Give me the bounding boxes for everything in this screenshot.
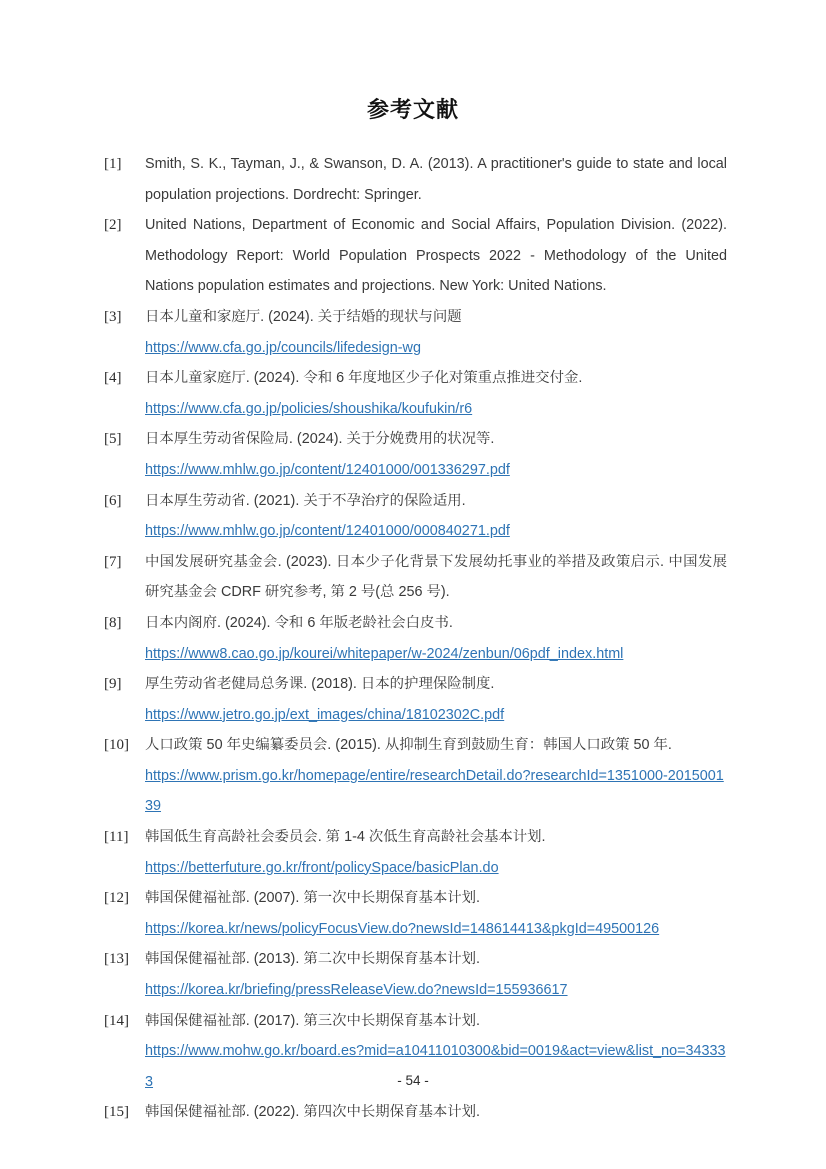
reference-text: 韩国保健福祉部. (2013). 第二次中长期保育基本计划. xyxy=(145,944,727,975)
reference-item: [5] 日本厚生劳动省保险局. (2024). 关于分娩费用的状况等. http… xyxy=(104,424,727,485)
reference-body: 人口政策 50 年史编纂委员会. (2015). 从抑制生育到鼓励生育：韩国人口… xyxy=(145,730,727,822)
reference-url-line: https://www8.cao.go.jp/kourei/whitepaper… xyxy=(145,639,727,670)
reference-url-line: https://www.cfa.go.jp/policies/shoushika… xyxy=(145,394,727,425)
reference-link[interactable]: https://korea.kr/briefing/pressReleaseVi… xyxy=(145,982,568,998)
reference-body: United Nations, Department of Economic a… xyxy=(145,210,727,302)
reference-item: [12] 韩国保健福祉部. (2007). 第一次中长期保育基本计划. http… xyxy=(104,883,727,944)
reference-item: [9] 厚生劳动省老健局总务课. (2018). 日本的护理保险制度. http… xyxy=(104,669,727,730)
reference-text: 厚生劳动省老健局总务课. (2018). 日本的护理保险制度. xyxy=(145,669,727,700)
reference-text: 韩国保健福祉部. (2017). 第三次中长期保育基本计划. xyxy=(145,1006,727,1037)
reference-url-line: https://korea.kr/briefing/pressReleaseVi… xyxy=(145,975,727,1006)
reference-number: [6] xyxy=(104,486,145,517)
reference-url-line: https://www.prism.go.kr/homepage/entire/… xyxy=(145,761,727,822)
reference-item: [7] 中国发展研究基金会. (2023). 日本少子化背景下发展幼托事业的举措… xyxy=(104,547,727,608)
reference-item: [15] 韩国保健福祉部. (2022). 第四次中长期保育基本计划. xyxy=(104,1097,727,1128)
reference-link[interactable]: https://www.mhlw.go.jp/content/12401000/… xyxy=(145,462,510,478)
reference-number: [11] xyxy=(104,822,145,853)
reference-number: [2] xyxy=(104,210,145,241)
reference-link[interactable]: https://www.mhlw.go.jp/content/12401000/… xyxy=(145,523,510,539)
reference-number: [9] xyxy=(104,669,145,700)
reference-item: [4] 日本儿童家庭厅. (2024). 令和 6 年度地区少子化对策重点推进交… xyxy=(104,363,727,424)
reference-item: [6] 日本厚生劳动省. (2021). 关于不孕治疗的保险适用. https:… xyxy=(104,486,727,547)
reference-body: 韩国保健福祉部. (2013). 第二次中长期保育基本计划. https://k… xyxy=(145,944,727,1005)
reference-item: [10] 人口政策 50 年史编纂委员会. (2015). 从抑制生育到鼓励生育… xyxy=(104,730,727,822)
reference-body: 日本厚生劳动省. (2021). 关于不孕治疗的保险适用. https://ww… xyxy=(145,486,727,547)
reference-number: [3] xyxy=(104,302,145,333)
reference-number: [12] xyxy=(104,883,145,914)
reference-text: 日本内阁府. (2024). 令和 6 年版老龄社会白皮书. xyxy=(145,608,727,639)
reference-link[interactable]: https://www.jetro.go.jp/ext_images/china… xyxy=(145,707,504,723)
reference-item: [1] Smith, S. K., Tayman, J., & Swanson,… xyxy=(104,149,727,210)
reference-body: 中国发展研究基金会. (2023). 日本少子化背景下发展幼托事业的举措及政策启… xyxy=(145,547,727,608)
reference-link[interactable]: https://korea.kr/news/policyFocusView.do… xyxy=(145,921,659,937)
reference-body: 韩国保健福祉部. (2007). 第一次中长期保育基本计划. https://k… xyxy=(145,883,727,944)
reference-text: Smith, S. K., Tayman, J., & Swanson, D. … xyxy=(145,149,727,210)
reference-number: [8] xyxy=(104,608,145,639)
reference-body: 日本厚生劳动省保险局. (2024). 关于分娩费用的状况等. https://… xyxy=(145,424,727,485)
reference-text: 中国发展研究基金会. (2023). 日本少子化背景下发展幼托事业的举措及政策启… xyxy=(145,547,727,608)
page-title: 参考文献 xyxy=(0,0,826,123)
reference-text: United Nations, Department of Economic a… xyxy=(145,210,727,302)
reference-body: 日本内阁府. (2024). 令和 6 年版老龄社会白皮书. https://w… xyxy=(145,608,727,669)
reference-number: [10] xyxy=(104,730,145,761)
reference-item: [13] 韩国保健福祉部. (2013). 第二次中长期保育基本计划. http… xyxy=(104,944,727,1005)
reference-body: 韩国低生育高龄社会委员会. 第 1-4 次低生育高龄社会基本计划. https:… xyxy=(145,822,727,883)
reference-body: 日本儿童家庭厅. (2024). 令和 6 年度地区少子化对策重点推进交付金. … xyxy=(145,363,727,424)
reference-url-line: https://betterfuture.go.kr/front/policyS… xyxy=(145,853,727,884)
page-number: - 54 - xyxy=(0,1072,826,1090)
reference-body: 厚生劳动省老健局总务课. (2018). 日本的护理保险制度. https://… xyxy=(145,669,727,730)
reference-number: [4] xyxy=(104,363,145,394)
reference-body: Smith, S. K., Tayman, J., & Swanson, D. … xyxy=(145,149,727,210)
reference-text: 韩国保健福祉部. (2007). 第一次中长期保育基本计划. xyxy=(145,883,727,914)
reference-link[interactable]: https://betterfuture.go.kr/front/policyS… xyxy=(145,860,499,876)
reference-text: 韩国低生育高龄社会委员会. 第 1-4 次低生育高龄社会基本计划. xyxy=(145,822,727,853)
reference-url-line: https://korea.kr/news/policyFocusView.do… xyxy=(145,914,727,945)
reference-body: 日本儿童和家庭厅. (2024). 关于结婚的现状与问题 https://www… xyxy=(145,302,727,363)
reference-item: [11] 韩国低生育高龄社会委员会. 第 1-4 次低生育高龄社会基本计划. h… xyxy=(104,822,727,883)
reference-link[interactable]: https://www.cfa.go.jp/policies/shoushika… xyxy=(145,401,472,417)
reference-url-line: https://www.cfa.go.jp/councils/lifedesig… xyxy=(145,333,727,364)
reference-url-line: https://www.jetro.go.jp/ext_images/china… xyxy=(145,700,727,731)
reference-link[interactable]: https://www8.cao.go.jp/kourei/whitepaper… xyxy=(145,646,623,662)
reference-link[interactable]: https://www.prism.go.kr/homepage/entire/… xyxy=(145,768,724,815)
reference-link[interactable]: https://www.cfa.go.jp/councils/lifedesig… xyxy=(145,340,421,356)
reference-text: 韩国保健福祉部. (2022). 第四次中长期保育基本计划. xyxy=(145,1097,727,1128)
reference-number: [1] xyxy=(104,149,145,180)
reference-item: [8] 日本内阁府. (2024). 令和 6 年版老龄社会白皮书. https… xyxy=(104,608,727,669)
reference-item: [2] United Nations, Department of Econom… xyxy=(104,210,727,302)
document-page: 参考文献 [1] Smith, S. K., Tayman, J., & Swa… xyxy=(0,0,826,1169)
reference-text: 人口政策 50 年史编纂委员会. (2015). 从抑制生育到鼓励生育：韩国人口… xyxy=(145,730,727,761)
reference-number: [7] xyxy=(104,547,145,578)
references-list: [1] Smith, S. K., Tayman, J., & Swanson,… xyxy=(0,149,826,1128)
reference-number: [13] xyxy=(104,944,145,975)
reference-url-line: https://www.mhlw.go.jp/content/12401000/… xyxy=(145,516,727,547)
reference-text: 日本厚生劳动省. (2021). 关于不孕治疗的保险适用. xyxy=(145,486,727,517)
reference-text: 日本厚生劳动省保险局. (2024). 关于分娩费用的状况等. xyxy=(145,424,727,455)
reference-number: [15] xyxy=(104,1097,145,1128)
reference-text: 日本儿童和家庭厅. (2024). 关于结婚的现状与问题 xyxy=(145,302,727,333)
reference-number: [5] xyxy=(104,424,145,455)
reference-item: [3] 日本儿童和家庭厅. (2024). 关于结婚的现状与问题 https:/… xyxy=(104,302,727,363)
reference-text: 日本儿童家庭厅. (2024). 令和 6 年度地区少子化对策重点推进交付金. xyxy=(145,363,727,394)
reference-body: 韩国保健福祉部. (2022). 第四次中长期保育基本计划. xyxy=(145,1097,727,1128)
reference-url-line: https://www.mhlw.go.jp/content/12401000/… xyxy=(145,455,727,486)
reference-number: [14] xyxy=(104,1006,145,1037)
